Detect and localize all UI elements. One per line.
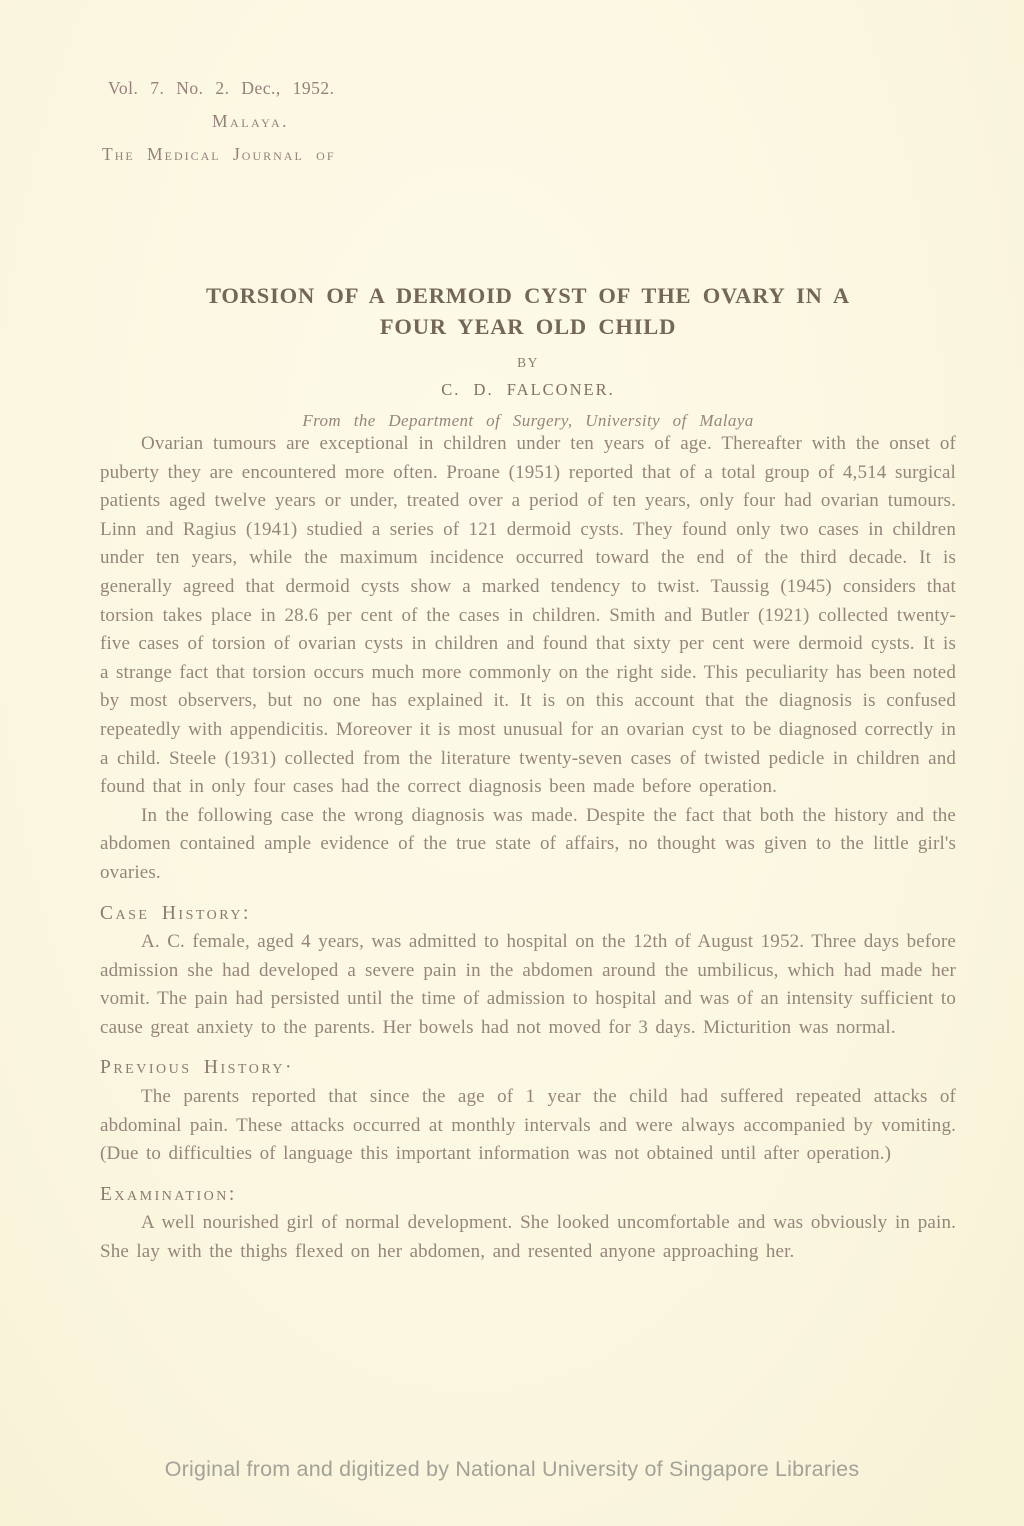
- journal-name-line: The Medical Journal of: [102, 138, 336, 171]
- byline-label: BY: [100, 355, 956, 371]
- paragraph-examination: A well nourished girl of normal developm…: [100, 1209, 956, 1266]
- article-title: TORSION OF A DERMOID CYST OF THE OVARY I…: [100, 280, 956, 342]
- journal-volume-line: Vol. 7. No. 2. Dec., 1952.: [108, 72, 336, 105]
- section-heading-case-history: Case History:: [100, 900, 956, 929]
- article-heading-block: TORSION OF A DERMOID CYST OF THE OVARY I…: [100, 280, 956, 431]
- journal-region-line: Malaya.: [212, 105, 336, 138]
- article-title-line2: FOUR YEAR OLD CHILD: [380, 314, 676, 339]
- paragraph-introduction-1: Ovarian tumours are exceptional in child…: [100, 430, 956, 802]
- section-heading-previous-history: Previous History·: [100, 1054, 956, 1083]
- article-body: Ovarian tumours are exceptional in child…: [100, 430, 956, 1267]
- paragraph-case-history: A. C. female, aged 4 years, was admitted…: [100, 928, 956, 1042]
- author-affiliation: From the Department of Surgery, Universi…: [100, 411, 956, 431]
- journal-running-header: Vol. 7. No. 2. Dec., 1952. Malaya. The M…: [100, 72, 336, 171]
- paragraph-introduction-2: In the following case the wrong diagnosi…: [100, 802, 956, 888]
- article-title-line1: TORSION OF A DERMOID CYST OF THE OVARY I…: [206, 283, 850, 308]
- author-name: C. D. FALCONER.: [100, 380, 956, 400]
- paragraph-previous-history: The parents reported that since the age …: [100, 1083, 956, 1169]
- scanned-journal-page: Vol. 7. No. 2. Dec., 1952. Malaya. The M…: [0, 0, 1024, 1526]
- digitization-credit: Original from and digitized by National …: [0, 1457, 1024, 1482]
- section-heading-examination: Examination:: [100, 1181, 956, 1210]
